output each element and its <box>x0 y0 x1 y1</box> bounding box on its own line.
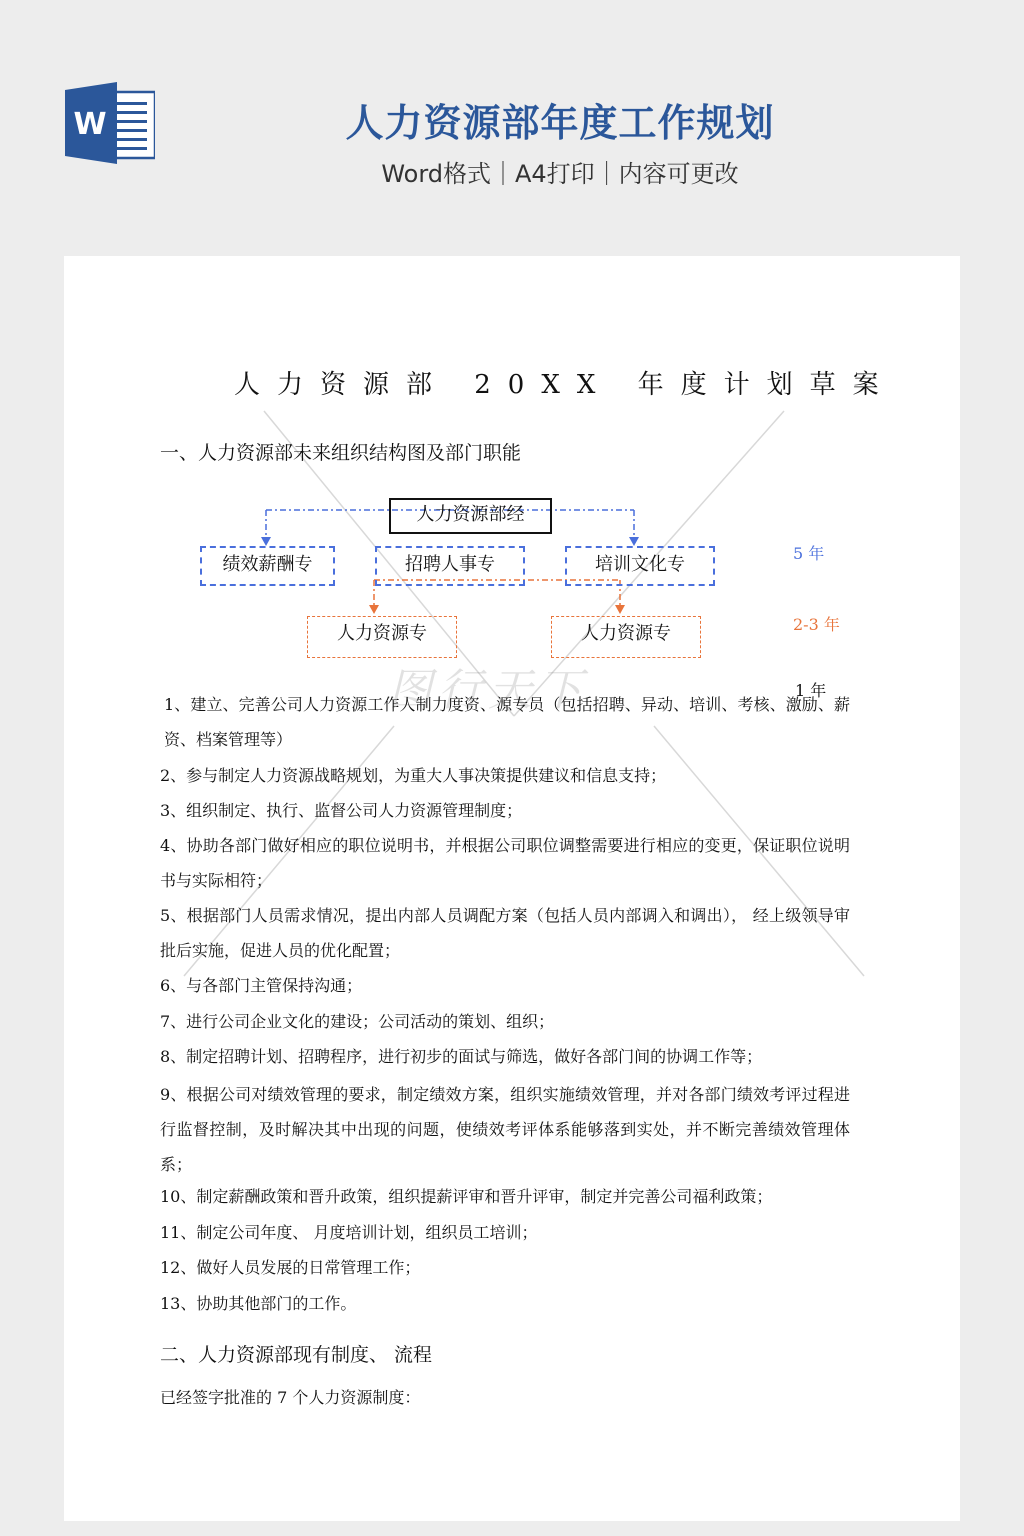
word-icon: W <box>65 82 155 164</box>
duty-item: 9、根据公司对绩效管理的要求，制定绩效方案，组织实施绩效管理，并对各部门绩效考评… <box>160 1077 850 1182</box>
timeline-5-years: 5 年 <box>793 541 824 564</box>
section2-heading: 二、人力资源部现有制度、 流程 <box>160 1340 432 1367</box>
timeline-2-3-years: 2-3 年 <box>793 612 840 635</box>
duty-item: 10、制定薪酬政策和晋升政策，组织提薪评审和晋升评审，制定并完善公司福利政策； <box>160 1179 850 1214</box>
banner-subtitle: Word格式｜A4打印｜内容可更改 <box>250 154 870 189</box>
org-node-hr-specialist-1: 人力资源专 <box>307 616 457 658</box>
org-node-recruitment: 招聘人事专 <box>375 546 525 586</box>
org-node-hr-specialist-2: 人力资源专 <box>551 616 701 658</box>
org-node-performance-pay: 绩效薪酬专 <box>200 546 335 586</box>
duty-item: 1、建立、完善公司人力资源工作人制力度资、源专员（包括招聘、异动、培训、考核、激… <box>164 687 850 757</box>
svg-text:W: W <box>73 107 106 142</box>
duty-item: 2、参与制定人力资源战略规划，为重大人事决策提供建议和信息支持； <box>160 758 850 793</box>
org-node-training-culture: 培训文化专 <box>565 546 715 586</box>
document-page: 图行天下 人力资源部 20XX 年度计划草案 一、人力资源部未来组织结构图及部门… <box>64 256 960 1521</box>
duty-item: 11、制定公司年度、 月度培训计划，组织员工培训； <box>160 1215 850 1250</box>
duty-item: 12、做好人员发展的日常管理工作； <box>160 1250 850 1285</box>
duty-item: 3、组织制定、执行、监督公司人力资源管理制度； <box>160 793 850 828</box>
duty-item: 5、根据部门人员需求情况，提出内部人员调配方案（包括人员内部调入和调出）， 经上… <box>160 898 850 968</box>
duty-item: 8、制定招聘计划、招聘程序，进行初步的面试与筛选，做好各部门间的协调工作等； <box>160 1039 850 1074</box>
duty-item: 7、进行公司企业文化的建设；公司活动的策划、组织； <box>160 1004 850 1039</box>
org-chart-connectors <box>64 256 960 716</box>
duty-item: 13、协助其他部门的工作。 <box>160 1286 850 1321</box>
section1-heading: 一、人力资源部未来组织结构图及部门职能 <box>160 438 521 465</box>
banner: W 人力资源部年度工作规划 Word格式｜A4打印｜内容可更改 <box>0 0 1024 256</box>
section2-text: 已经签字批准的 7 个人力资源制度： <box>160 1380 850 1415</box>
duty-item: 4、协助各部门做好相应的职位说明书，并根据公司职位调整需要进行相应的变更，保证职… <box>160 828 850 898</box>
duty-item: 6、与各部门主管保持沟通； <box>160 968 850 1003</box>
document-title: 人力资源部 20XX 年度计划草案 <box>234 364 874 401</box>
banner-title: 人力资源部年度工作规划 <box>250 92 870 147</box>
org-node-hr-manager: 人力资源部经 <box>389 498 552 534</box>
